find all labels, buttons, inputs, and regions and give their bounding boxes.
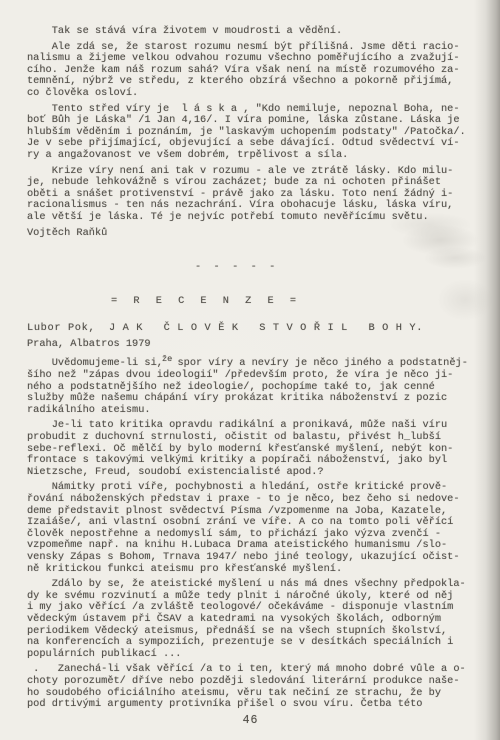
review-paragraph-1-start: Uvědomujeme-li si, — [27, 357, 163, 369]
paragraph-crisis-of-faith: Krize víry není ani tak v rozumu - ale v… — [27, 166, 474, 224]
section-separator-dashes: - - - - - — [27, 262, 474, 274]
review-paragraph-5: . Zanechá-li však věřící /a to i ten, kt… — [27, 664, 474, 710]
paragraph-reason-limits: Ale zdá se, že starost rozumu nesmí být … — [27, 42, 474, 100]
page-number: 46 — [27, 715, 474, 727]
section-heading-recenze: = R E C E N Z E = — [27, 296, 474, 308]
publisher-year-line: Praha, Albatros 1979 — [27, 339, 474, 351]
page-content: Tak se stává víra životem v moudrosti a … — [27, 26, 474, 726]
review-paragraph-3: Námitky proti víře, pochybnosti a hledán… — [27, 482, 474, 575]
paragraph-faith-wisdom: Tak se stává víra životem v moudrosti a … — [27, 26, 474, 38]
paragraph-love-center: Tento střed víry je l á s k a , "Kdo nem… — [27, 104, 474, 162]
scan-edge-shadow — [474, 0, 500, 740]
scanned-typewritten-page: Tak se stává víra životem v moudrosti a … — [0, 0, 500, 740]
review-paragraph-4: Zdálo by se, že ateistické myšlení u nás… — [27, 579, 474, 660]
review-paragraph-2: Je-li tato kritika opravdu radikální a p… — [27, 420, 474, 478]
reviewed-book-title-line: Lubor Pok, J A K Č L O V Ě K S T V O Ř I… — [27, 323, 474, 335]
author-signature: Vojtěch Raňků — [27, 228, 474, 240]
typewriter-inserted-word: že — [162, 354, 172, 364]
review-paragraph-1: Uvědomujeme-li si,že spor víry a nevíry … — [27, 358, 474, 416]
